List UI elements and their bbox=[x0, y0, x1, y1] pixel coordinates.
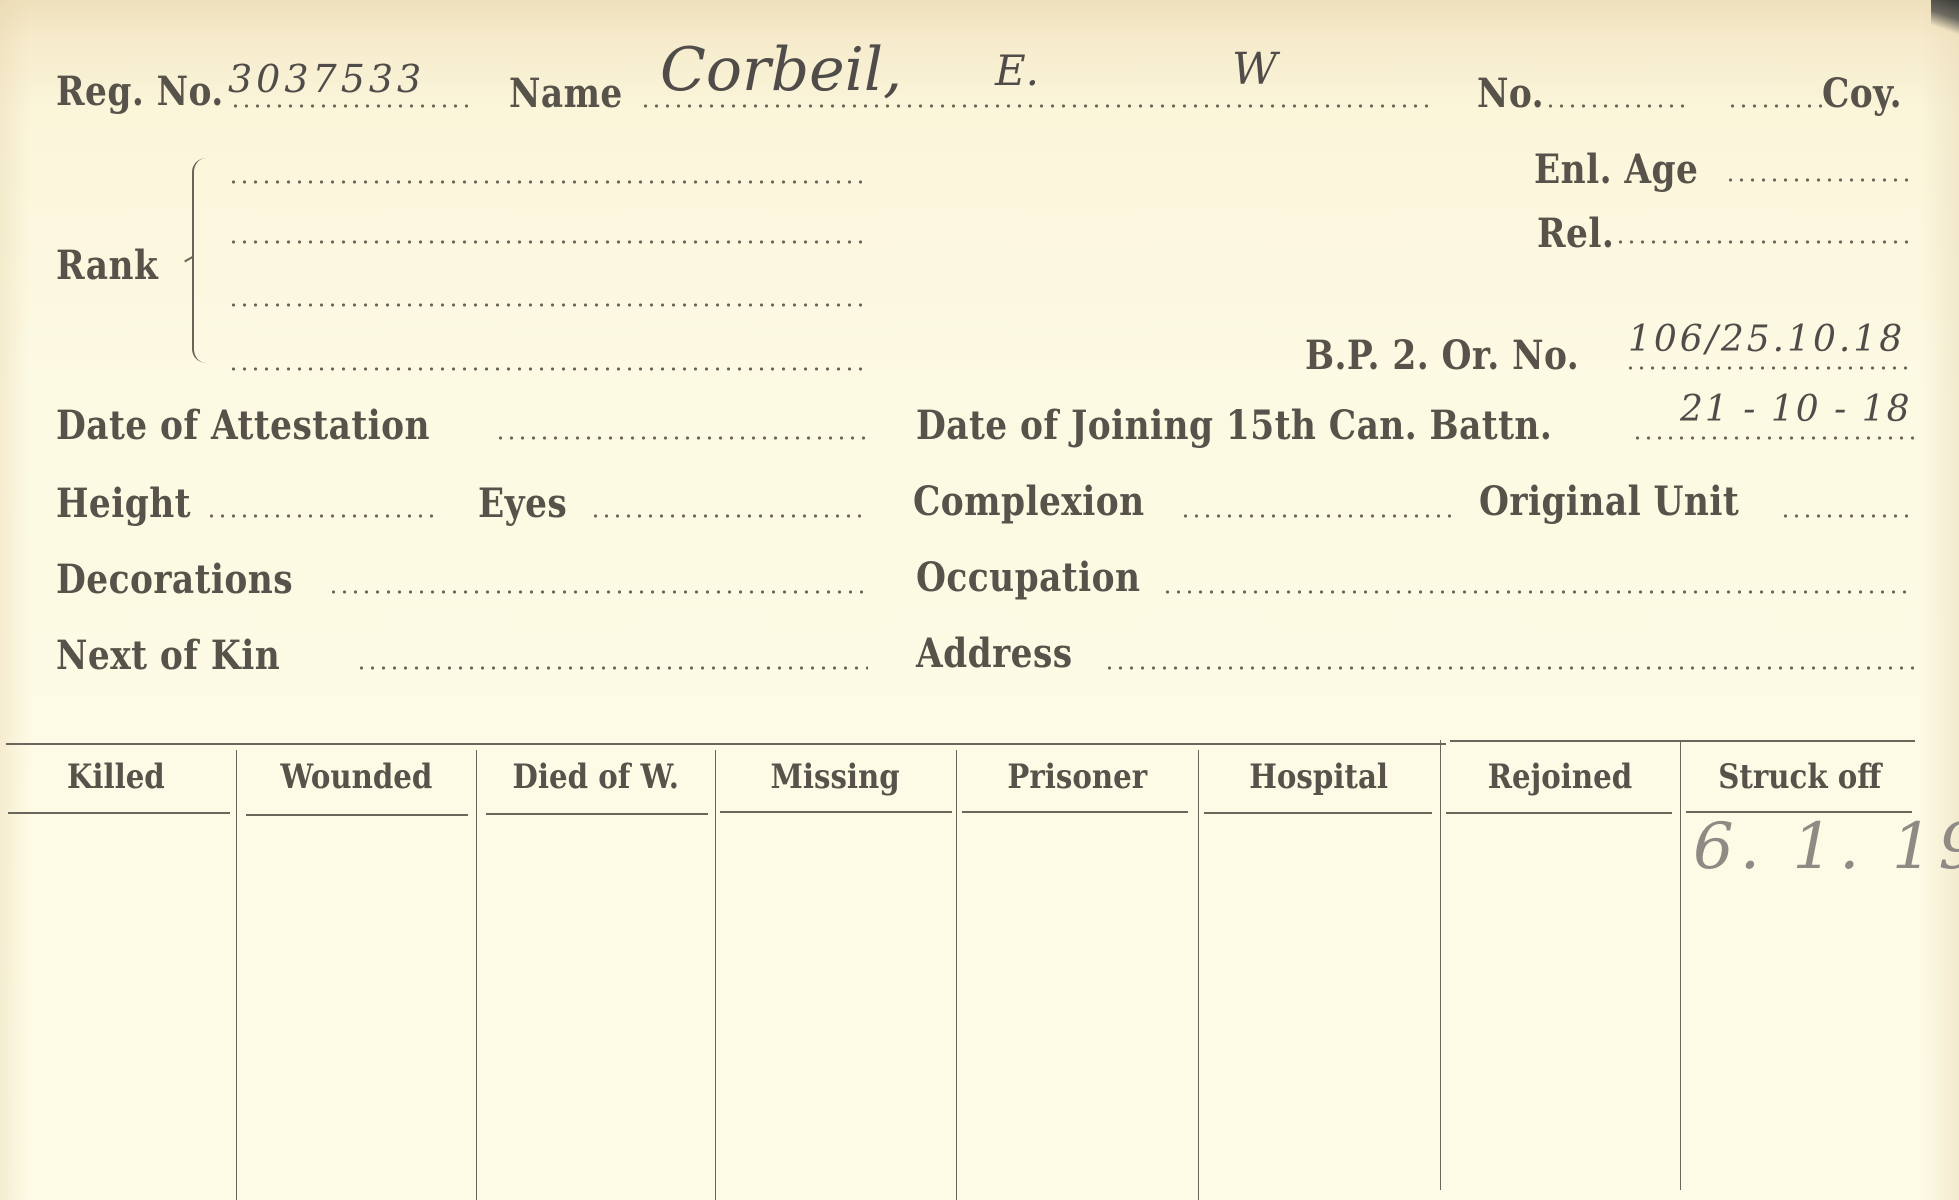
column-header-prisoner: Prisoner bbox=[956, 752, 1198, 802]
date-of-attestation-label: Date of Attestation bbox=[56, 406, 430, 446]
occupation-label: Occupation bbox=[916, 558, 1140, 598]
reg-no-value[interactable]: 3037533 bbox=[228, 60, 425, 98]
column-header-missing: Missing bbox=[715, 752, 955, 802]
rank-label: Rank bbox=[56, 246, 158, 286]
rank-line-1[interactable] bbox=[228, 180, 868, 184]
date-of-joining-dotted-line[interactable] bbox=[1632, 436, 1914, 440]
table-top-rule-left bbox=[6, 743, 1446, 745]
height-label: Height bbox=[56, 484, 191, 524]
coy-dotted-line bbox=[1727, 104, 1823, 108]
complexion-label: Complexion bbox=[913, 482, 1145, 522]
column-header-died-of-wounds: Died of W. bbox=[476, 752, 716, 802]
bp2-dotted-line[interactable] bbox=[1625, 366, 1915, 370]
header-underline-prisoner bbox=[962, 811, 1188, 813]
eyes-dotted-line[interactable] bbox=[590, 514, 868, 518]
enl-age-label: Enl. Age bbox=[1534, 150, 1698, 190]
cell-killed[interactable] bbox=[6, 815, 234, 1200]
cell-wounded[interactable] bbox=[237, 815, 475, 1200]
address-label: Address bbox=[916, 634, 1073, 674]
original-unit-dotted-line[interactable] bbox=[1780, 514, 1914, 518]
column-header-struck-off: Struck off bbox=[1680, 752, 1920, 802]
decorations-dotted-line[interactable] bbox=[328, 590, 868, 594]
header-underline-killed bbox=[8, 812, 230, 814]
enl-age-dotted-line[interactable] bbox=[1725, 178, 1913, 182]
reg-no-label: Reg. No. bbox=[56, 72, 224, 112]
cell-rejoined[interactable] bbox=[1441, 815, 1679, 1200]
name-initial-2[interactable]: W bbox=[1232, 48, 1277, 92]
original-unit-label: Original Unit bbox=[1479, 482, 1739, 522]
service-record-card: Reg. No. 3037533 Name Corbeil, E. W No. … bbox=[0, 0, 1959, 1200]
address-dotted-line[interactable] bbox=[1104, 666, 1914, 670]
header-underline-rejoined bbox=[1446, 812, 1672, 814]
height-dotted-line[interactable] bbox=[206, 514, 438, 518]
bp2-label: B.P. 2. Or. No. bbox=[1305, 336, 1579, 376]
coy-label: Coy. bbox=[1822, 74, 1902, 114]
reg-no-dotted-line bbox=[230, 104, 468, 108]
date-of-joining-value[interactable]: 21 - 10 - 18 bbox=[1680, 392, 1912, 428]
cell-missing[interactable] bbox=[716, 815, 955, 1200]
column-header-hospital: Hospital bbox=[1198, 752, 1440, 802]
column-header-rejoined: Rejoined bbox=[1440, 752, 1680, 802]
struck-off-date-value: 6. 1. 19 bbox=[1693, 815, 1959, 879]
cell-hospital[interactable] bbox=[1199, 815, 1439, 1200]
decorations-label: Decorations bbox=[56, 560, 293, 600]
name-surname-value[interactable]: Corbeil, bbox=[660, 40, 902, 100]
name-label: Name bbox=[509, 74, 623, 114]
rel-label: Rel. bbox=[1537, 214, 1614, 254]
name-initial-1[interactable]: E. bbox=[995, 50, 1039, 92]
no-label: No. bbox=[1477, 74, 1544, 114]
rank-brace bbox=[192, 158, 208, 363]
bp2-value[interactable]: 106/25.10.18 bbox=[1628, 322, 1905, 358]
column-header-killed: Killed bbox=[6, 752, 226, 802]
next-of-kin-label: Next of Kin bbox=[56, 636, 280, 676]
date-of-attestation-dotted-line[interactable] bbox=[495, 436, 868, 440]
cell-died-of-wounds[interactable] bbox=[477, 815, 714, 1200]
date-of-joining-label: Date of Joining 15th Can. Battn. bbox=[916, 406, 1552, 446]
rank-line-2[interactable] bbox=[228, 240, 868, 244]
cell-prisoner[interactable] bbox=[957, 815, 1197, 1200]
occupation-dotted-line[interactable] bbox=[1162, 590, 1914, 594]
rel-dotted-line[interactable] bbox=[1615, 240, 1913, 244]
table-top-rule-right bbox=[1450, 740, 1915, 742]
no-dotted-line bbox=[1545, 104, 1685, 108]
header-underline-missing bbox=[720, 811, 952, 813]
eyes-label: Eyes bbox=[478, 484, 567, 524]
rank-line-4[interactable] bbox=[228, 367, 868, 371]
column-header-wounded: Wounded bbox=[236, 752, 476, 802]
next-of-kin-dotted-line[interactable] bbox=[356, 666, 868, 670]
cell-struck-off[interactable]: 6. 1. 19 bbox=[1681, 815, 1921, 1200]
rank-line-3[interactable] bbox=[228, 303, 868, 307]
header-underline-hospital bbox=[1204, 812, 1432, 814]
torn-corner bbox=[1931, 0, 1959, 40]
complexion-dotted-line[interactable] bbox=[1180, 514, 1452, 518]
